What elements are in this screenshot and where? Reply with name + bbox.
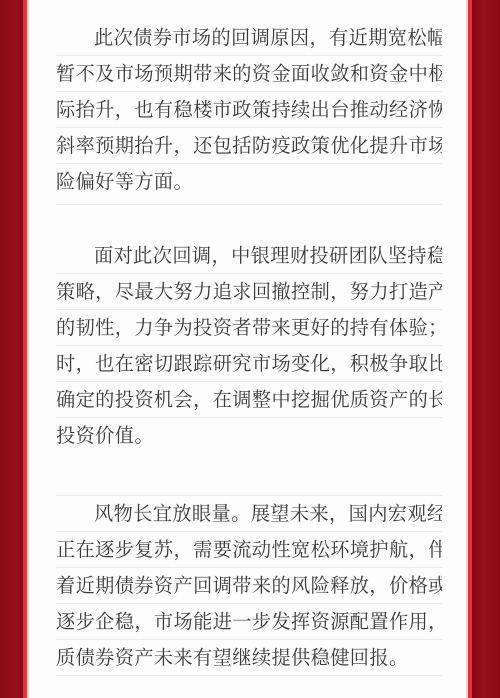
paragraph-line: 险偏好等方面。 [56, 164, 442, 200]
article-frame: 此次债券市场的回调原因，有近期宽松幅度 暂不及市场预期带来的资金面收敛和资金中枢… [0, 0, 500, 698]
paragraph-line: 质债券资产未来有望继续提供稳健回报。 [56, 640, 442, 676]
paragraph-line: 确定的投资机会，在调整中挖掘优质资产的长期 [56, 382, 442, 418]
paragraph-line: 时，也在密切跟踪研究市场变化，积极争取比较 [56, 346, 442, 382]
paragraph-line: 面对此次回调，中银理财投研团队坚持稳健 [56, 238, 442, 274]
paragraph-line: 逐步企稳，市场能进一步发挥资源配置作用，优 [56, 604, 442, 640]
paragraph-2: 面对此次回调，中银理财投研团队坚持稳健 策略，尽最大努力追求回撤控制，努力打造产… [56, 238, 442, 454]
paragraph-line: 暂不及市场预期带来的资金面收敛和资金中枢边 [56, 56, 442, 92]
paragraph-line: 斜率预期抬升，还包括防疫政策优化提升市场风 [56, 128, 442, 164]
paragraph-3: 风物长宜放眼量。展望未来，国内宏观经济 正在逐步复苏，需要流动性宽松环境护航，伴… [56, 496, 442, 676]
paragraph-line: 的韧性，力争为投资者带来更好的持有体验；同 [56, 310, 442, 346]
left-border-glow [27, 0, 29, 698]
paragraph-line: 策略，尽最大努力追求回撤控制，努力打造产品 [56, 274, 442, 310]
paragraph-line: 风物长宜放眼量。展望未来，国内宏观经济 [56, 496, 442, 532]
paragraph-line: 着近期债券资产回调带来的风险释放，价格或将 [56, 568, 442, 604]
paragraph-divider [56, 204, 442, 205]
paragraph-line: 此次债券市场的回调原因，有近期宽松幅度 [56, 20, 442, 56]
right-red-border [472, 0, 500, 698]
paragraph-line: 际抬升，也有稳楼市政策持续出台推动经济恢复 [56, 92, 442, 128]
paragraph-line: 正在逐步复苏，需要流动性宽松环境护航，伴随 [56, 532, 442, 568]
paragraph-line: 投资价值。 [56, 418, 442, 454]
paragraph-1: 此次债券市场的回调原因，有近期宽松幅度 暂不及市场预期带来的资金面收敛和资金中枢… [56, 20, 442, 200]
left-red-border [0, 0, 23, 698]
